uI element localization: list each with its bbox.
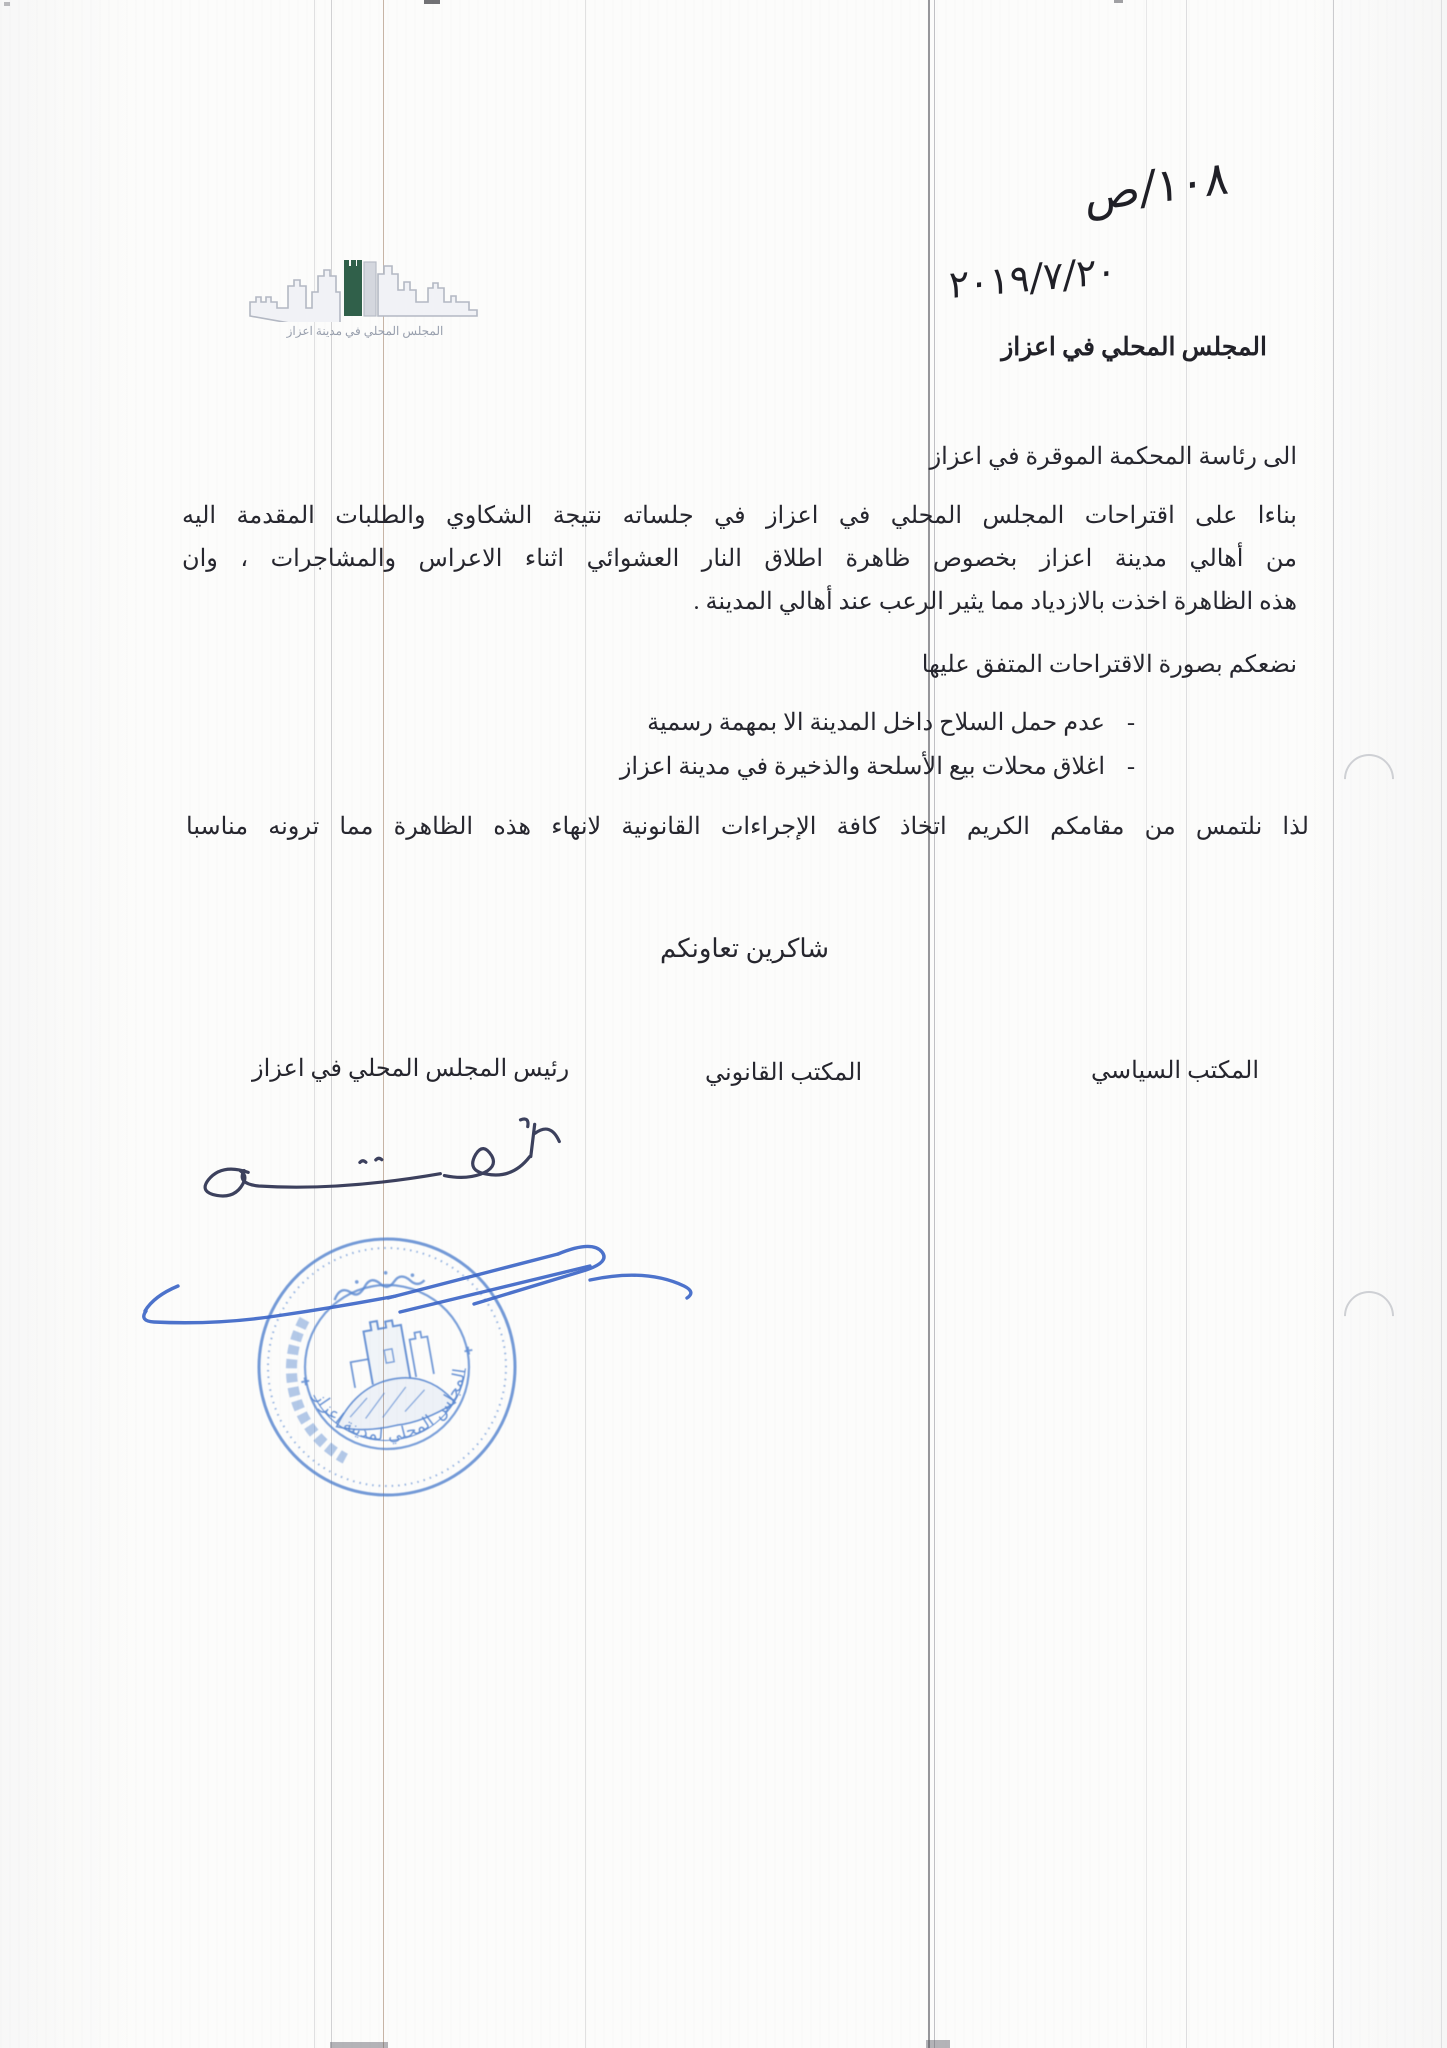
bullet-item: -عدم حمل السلاح داخل المدينة الا بمهمة ر… xyxy=(647,708,1135,738)
scan-mark xyxy=(1114,0,1123,3)
scan-mark xyxy=(926,2040,950,2048)
handwritten-date: ٢٠١٩/٧/٢٠ xyxy=(949,237,1248,307)
logo-caption: المجلس المحلي في مدينة اعزاز xyxy=(236,324,494,339)
skyline-logo-icon xyxy=(236,252,494,322)
council-logo: المجلس المحلي في مدينة اعزاز xyxy=(236,252,494,339)
bullet-dash: - xyxy=(1127,754,1135,780)
fold-line xyxy=(585,0,586,2048)
fold-line xyxy=(1186,0,1187,2048)
paragraph1-line2: من أهالي مدينة اعزاز بخصوص ظاهرة اطلاق ا… xyxy=(182,544,1297,574)
fold-line xyxy=(1441,0,1442,2048)
scanned-letter-page: المجلس المحلي في مدينة اعزاز ١٠٨/ص ٢٠١٩/… xyxy=(0,0,1447,2048)
fold-line xyxy=(934,0,935,2048)
council-head-label: رئيس المجلس المحلي في اعزاز xyxy=(252,1054,569,1083)
council-head-name-signature xyxy=(176,1109,569,1221)
request-line: لذا نلتمس من مقامكم الكريم اتخاذ كافة ال… xyxy=(186,812,1309,842)
org-name-header: المجلس المحلي في اعزاز xyxy=(1001,332,1267,362)
blue-signature-scrawl xyxy=(138,1238,703,1358)
proposals-intro-line: نضعكم بصورة الاقتراحات المتفق عليها xyxy=(922,650,1297,680)
fold-line xyxy=(1146,0,1147,2048)
fold-line-main xyxy=(928,0,930,2048)
fold-line xyxy=(1333,0,1334,2048)
scan-mark xyxy=(330,2042,388,2048)
paragraph1-line3: هذه الظاهرة اخذت بالازدياد مما يثير الرع… xyxy=(182,587,1297,617)
punch-hole xyxy=(1334,744,1405,815)
bullet-text: اغلاق محلات بيع الأسلحة والذخيرة في مدين… xyxy=(620,754,1105,780)
recipient-line: الى رئاسة المحكمة الموقرة في اعزاز xyxy=(930,442,1297,472)
closing-line: شاكرين تعاونكم xyxy=(637,934,852,964)
scan-mark xyxy=(424,0,440,4)
political-office-label: المكتب السياسي xyxy=(1091,1056,1259,1085)
bullet-text: عدم حمل السلاح داخل المدينة الا بمهمة رس… xyxy=(647,710,1105,736)
paragraph1-line1: بناءا على اقتراحات المجلس المحلي في اعزا… xyxy=(182,501,1297,531)
handwritten-ref-number: ١٠٨/ص xyxy=(1005,150,1229,232)
bullet-dash: - xyxy=(1127,710,1135,736)
punch-hole xyxy=(1334,1281,1405,1352)
legal-office-label: المكتب القانوني xyxy=(705,1058,862,1087)
bullet-item: -اغلاق محلات بيع الأسلحة والذخيرة في مدي… xyxy=(620,752,1135,782)
scan-mark xyxy=(4,2,10,6)
